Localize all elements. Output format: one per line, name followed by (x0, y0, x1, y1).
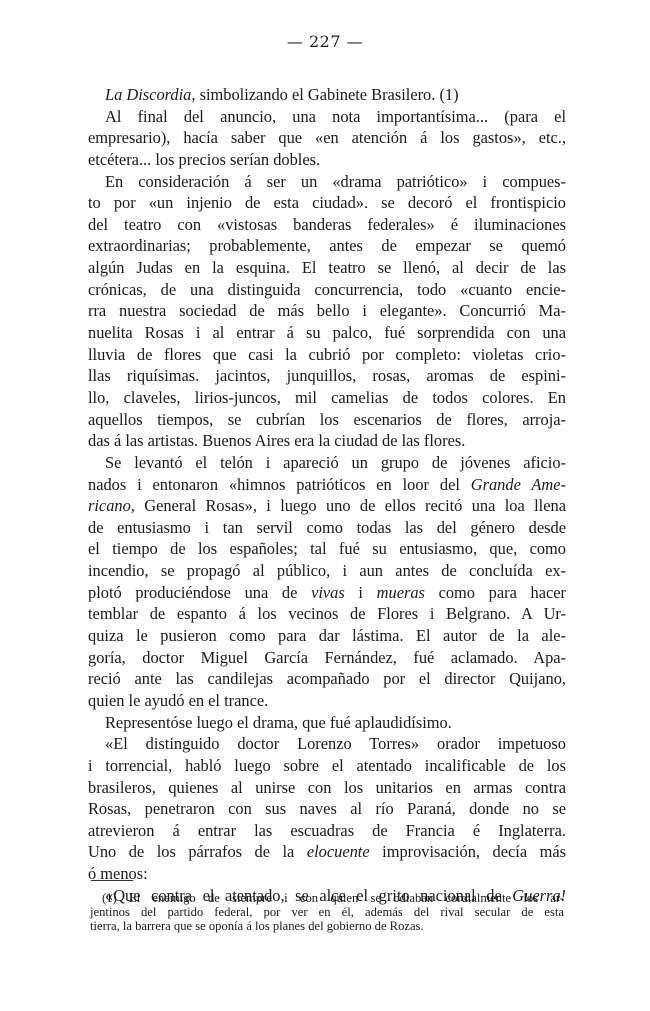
text-line: En consideración á ser un «drama patriót… (88, 171, 566, 193)
footnote-line: jentinos del partido federal, por ver en… (90, 905, 564, 919)
text-line: «El distinguido doctor Lorenzo Torres» o… (88, 733, 566, 755)
italic-text: mueras (377, 583, 425, 602)
text-line: Se levantó el telón i apareció un grupo … (88, 452, 566, 474)
text-line: quien le ayudó en el trance. (88, 690, 566, 712)
footnote-line: tierra, la barrera que se oponía á los p… (90, 919, 564, 933)
text-line: aquellos tiempos, se cubrían los escenar… (88, 409, 566, 431)
italic-text: La Discordia, (105, 85, 195, 104)
text-line: ó menos: (88, 863, 566, 885)
text-line: reció ante las candilejas acompañado por… (88, 668, 566, 690)
text-line: llas riquísimas. jacintos, junquillos, r… (88, 365, 566, 387)
text-line: atrevieron á entrar las escuadras de Fra… (88, 820, 566, 842)
text-line: Representóse luego el drama, que fué apl… (88, 712, 566, 734)
footnote-line: (1) El enemigo de siempre i con quien se… (90, 891, 564, 905)
text-line: algún Judas en la esquina. El teatro se … (88, 257, 566, 279)
text-line: extraordinarias; probablemente, antes de… (88, 235, 566, 257)
body-text: La Discordia, simbolizando el Gabinete B… (88, 84, 566, 906)
text-line: quiza le pusieron como para dar lástima.… (88, 625, 566, 647)
text-line: de entusiasmo i tan servil como todas la… (88, 517, 566, 539)
text-line: incendio, se propagó al público, i aun a… (88, 560, 566, 582)
text-line: plotó produciéndose una de vivas i muera… (88, 582, 566, 604)
text-line: ricano, General Rosas», i luego uno de e… (88, 495, 566, 517)
text-line: empresario), hacía saber que «en atenció… (88, 127, 566, 149)
italic-text: ricano (88, 496, 131, 515)
text-line: i torrencial, habló luego sobre el atent… (88, 755, 566, 777)
italic-text: elocuente (307, 842, 370, 861)
text-line: Rosas, penetraron con sus naves al río P… (88, 798, 566, 820)
text-line: del teatro con «vistosas banderas federa… (88, 214, 566, 236)
text-line: La Discordia, simbolizando el Gabinete B… (88, 84, 566, 106)
text-line: Al final del anuncio, una nota important… (88, 106, 566, 128)
text-line: etcétera... los precios serían dobles. (88, 149, 566, 171)
page-number: — 227 — (0, 32, 650, 51)
text-line: nados i entonaron «himnos patrióticos en… (88, 474, 566, 496)
text-line: temblar de espanto á los vecinos de Flor… (88, 603, 566, 625)
footnotes: (1) El enemigo de siempre i con quien se… (90, 891, 564, 933)
italic-text: Grande Ame- (471, 475, 566, 494)
text-line: to por «un injenio de esta ciudad». se d… (88, 192, 566, 214)
footnote-divider (91, 880, 133, 881)
text-line: lluvia de flores que casi la cubrió por … (88, 344, 566, 366)
text-line: el tiempo de los españoles; tal fué su e… (88, 538, 566, 560)
text-line: nuelita Rosas i al entrar á su palco, fu… (88, 322, 566, 344)
text-line: rra nuestra sociedad de más bello i eleg… (88, 300, 566, 322)
text-line: llo, claveles, lirios-juncos, mil cameli… (88, 387, 566, 409)
text-line: brasileros, quienes al unirse con los un… (88, 777, 566, 799)
italic-text: vivas (311, 583, 345, 602)
text-line: goría, doctor Miguel García Fernández, f… (88, 647, 566, 669)
text-line: Uno de los párrafos de la elocuente impr… (88, 841, 566, 863)
text-line: das á las artistas. Buenos Aires era la … (88, 430, 566, 452)
text-line: crónicas, de una distinguida concurrenci… (88, 279, 566, 301)
